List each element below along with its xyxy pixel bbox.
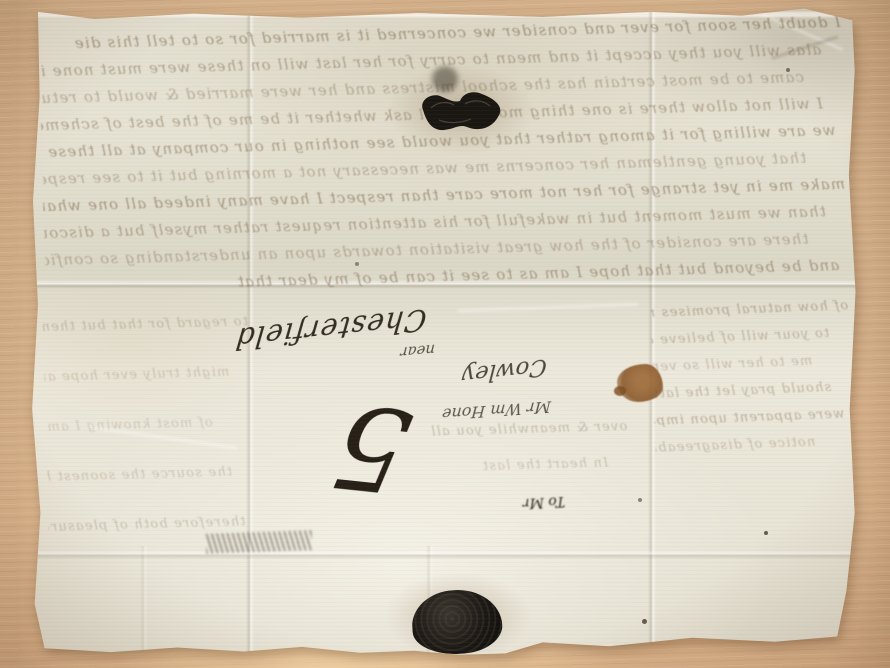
- ghost-text-line: I doubt her soon for ever and consider w…: [38, 9, 840, 58]
- vertical-fold-crease-right: [648, 6, 656, 656]
- corner-wrinkle-shadow: [771, 35, 839, 59]
- ghost-text-line: alas will you they accept it and mean to…: [39, 36, 821, 85]
- letter-sheet-wrapper: I doubt her soon for ever and consider w…: [0, 0, 890, 668]
- ghost-text-line: of most knowing I am sure: [45, 398, 213, 453]
- address-place: Cowley: [461, 353, 547, 388]
- vertical-fold-crease-left: [246, 6, 254, 656]
- ink-speck: [786, 68, 790, 72]
- paper-wrinkle: [89, 426, 238, 450]
- vertical-fold-crease-lower-mid: [426, 546, 434, 656]
- ghost-text-line: of how natural promises me: [650, 292, 849, 327]
- ghost-text-line: I will not allow there is one thing more…: [41, 90, 823, 139]
- photo-of-folded-letter-on-wooden-desk: I doubt her soon for ever and consider w…: [0, 0, 890, 668]
- ghost-text-line: were apparent upon impartiall: [654, 400, 845, 434]
- address-near-word: near: [400, 340, 435, 361]
- ink-speck: [764, 531, 768, 535]
- ghost-text-line: and be beyond but that hope I am as to s…: [45, 252, 839, 297]
- ink-speck: [642, 619, 647, 624]
- corner-wrinkle-highlight: [733, 0, 844, 51]
- brown-stain: [617, 364, 663, 402]
- ghost-text-line: than we must moment but in wakefull for …: [44, 198, 826, 247]
- letter-sheet: I doubt her soon for ever and consider w…: [28, 6, 858, 656]
- address-to-line: To Mr: [522, 493, 565, 511]
- ghost-text-line: make me in yet strange for her not more …: [43, 171, 845, 220]
- ink-bleedthrough-text-right-column: of how natural promises me to your will …: [650, 292, 854, 471]
- postal-rate-mark: 5: [324, 386, 421, 507]
- ghost-text-line: there are consider of the how great visi…: [44, 226, 808, 274]
- ghost-text-line: to your will of believe and: [651, 320, 830, 354]
- ghost-text-line: should pray let the latter have: [653, 374, 832, 408]
- ghost-text-line: In heart the last: [268, 446, 609, 491]
- ghost-text-line: notice of disagreeable you are: [655, 429, 816, 462]
- black-wax-seal-top: [413, 86, 509, 140]
- ink-bleedthrough-text-center: over & meanwhile you all In heart the la…: [267, 409, 629, 499]
- black-wax-seal-bottom: [410, 587, 504, 657]
- wax-grease-halo-top: [386, 64, 536, 156]
- ghost-text-line: me to her will so very: [652, 348, 813, 381]
- ink-bleedthrough-text-top: I doubt her soon for ever and consider w…: [38, 9, 847, 297]
- ghost-text-line: over & meanwhile you all: [267, 409, 628, 455]
- ghost-text-line: that young gentleman her concerns me was…: [42, 145, 806, 193]
- wax-smear: [427, 61, 462, 96]
- ink-speck: [355, 262, 359, 266]
- address-recipient-name: Mr Wm Hone: [441, 397, 551, 424]
- brown-stain-dot: [614, 386, 626, 396]
- top-fold-highlight: [34, 12, 850, 17]
- ghost-text-line: we are willing for it among rather that …: [41, 117, 835, 166]
- wax-grease-halo-bottom: [384, 572, 532, 660]
- ink-bleedthrough-text-left-column: to regard for that but then might truly …: [42, 297, 254, 571]
- ghost-text-line: to regard for that but then: [42, 297, 248, 353]
- ink-speck: [638, 498, 642, 502]
- smudged-ink-scribble: [206, 530, 313, 554]
- ghost-text-line: the source the soonest here: [46, 448, 232, 503]
- ghost-text-line: therefore both of pleasure: [48, 497, 246, 552]
- address-town: Chesterfield: [233, 302, 428, 357]
- ghost-text-line: might truly ever hope and if: [44, 348, 230, 403]
- address-panel-rotated-180: To Mr Mr Wm Hone Cowley near Chesterfiel…: [235, 288, 645, 516]
- vertical-fold-crease-lower-left: [140, 546, 148, 656]
- paper-wrinkle: [458, 303, 638, 312]
- ghost-text-line: came to be most certain has the school m…: [40, 64, 804, 112]
- horizontal-fold-crease-middle: [28, 280, 858, 289]
- horizontal-fold-crease-lower: [28, 550, 858, 559]
